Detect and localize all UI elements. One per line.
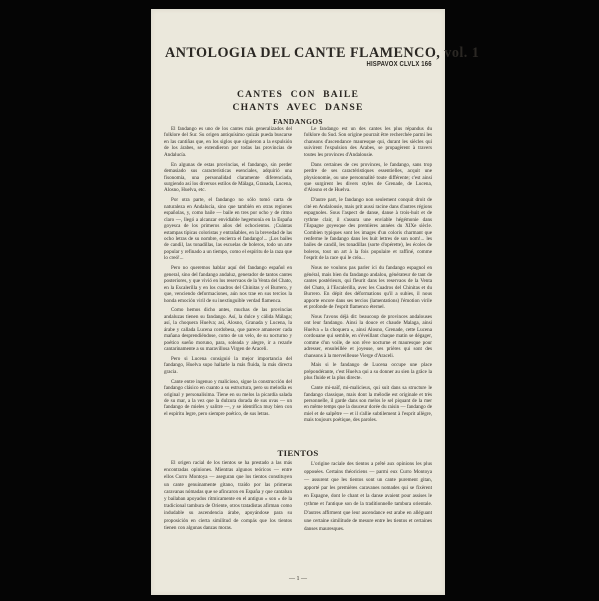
paragraph: D'autre part, le fandango non seulement … (304, 197, 432, 262)
album-title: ANTOLOGIA DEL CANTE FLAMENCO, vol. 1 (165, 45, 433, 62)
paragraph: Pero si Lucena consiguió la mejor import… (164, 356, 292, 375)
paragraph: Como hemos dicho antes, muchas de las pr… (164, 307, 292, 352)
fandangos-spanish-column: El fandango es uno de los cantes más gen… (164, 126, 292, 421)
paragraph: Por otra parte, el fandango no sólo tomó… (164, 197, 292, 262)
paragraph: Cante entre ingenuo y malicioso, sigue l… (164, 379, 292, 418)
paragraph: Cante mi-naïf, mi-malicieux, qui suit da… (304, 385, 432, 424)
catalog-number: HISPAVOX CLVLX 166 (367, 61, 432, 68)
paragraph: Dans certaines de ces provinces, le fand… (304, 162, 432, 194)
paragraph: En algunas de estas provincias, el fanda… (164, 162, 292, 194)
paragraph: El fandango es uno de los cantes más gen… (164, 126, 292, 158)
section-title-fandangos: FANDANGOS (151, 117, 445, 126)
paragraph: Mais si le fandango de Lucena occupe une… (304, 362, 432, 381)
section-title-tientos: TIENTOS (151, 448, 445, 458)
tientos-french-column: L'origine raciale des tientos a prêté au… (304, 460, 432, 536)
paragraph: Pero no queremos hablar aquí del fandang… (164, 265, 292, 304)
liner-notes-page: ANTOLOGIA DEL CANTE FLAMENCO, vol. 1 HIS… (151, 9, 445, 595)
paragraph: El origen racial de los tientos se ha pr… (164, 460, 292, 532)
page-number: — 1 — (151, 576, 445, 582)
fandangos-french-column: Le fandango est un des cantes les plus r… (304, 126, 432, 427)
paragraph: Nous ne voulons pas parler ici du fandan… (304, 265, 432, 310)
paragraph: L'origine raciale des tientos a prêté au… (304, 460, 432, 533)
heading-spanish: CANTES CON BAILE (151, 89, 445, 100)
heading-french: CHANTS AVEC DANSE (151, 102, 445, 113)
paragraph: Nous l'avons déjà dit: beaucoup de provi… (304, 314, 432, 359)
paragraph: Le fandango est un des cantes les plus r… (304, 126, 432, 158)
tientos-spanish-column: El origen racial de los tientos se ha pr… (164, 460, 292, 535)
